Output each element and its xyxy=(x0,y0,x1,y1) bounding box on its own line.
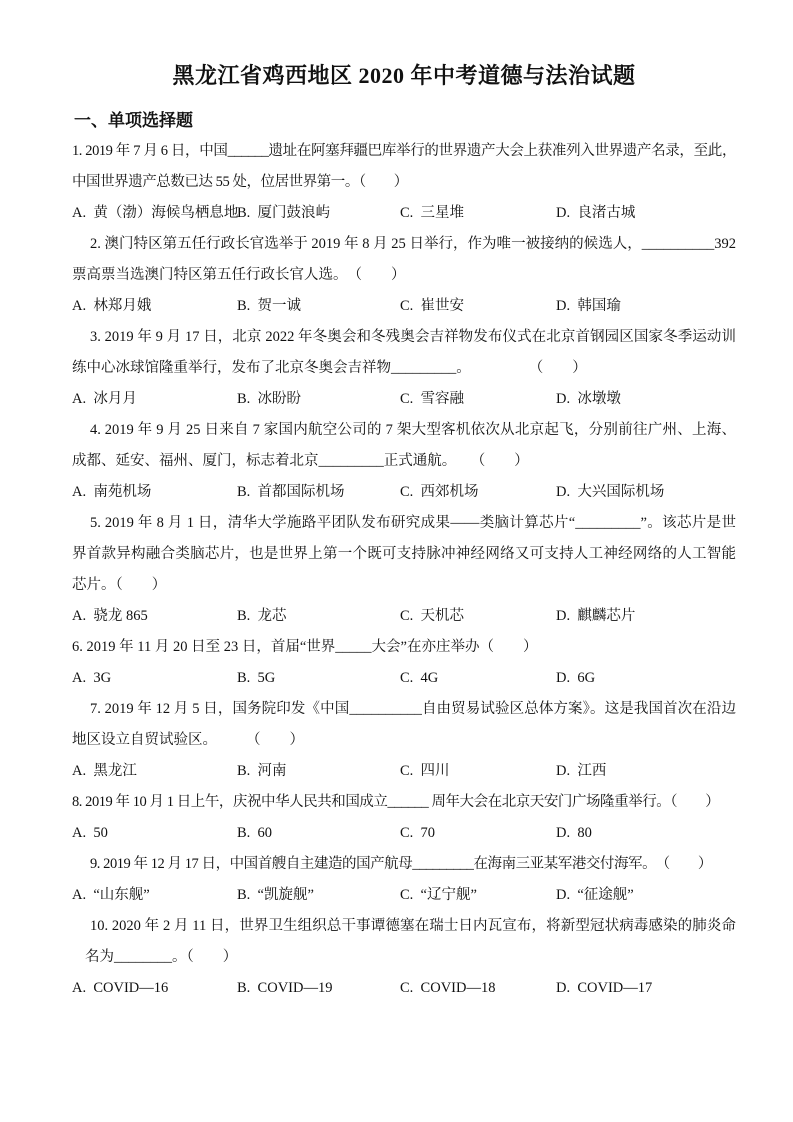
question-7: 7. 2019 年 12 月 5 日，国务院印发《中国__________自由贸… xyxy=(72,694,736,787)
question-4-text: 4. 2019 年 9 月 25 日来自 7 家国内航空公司的 7 架大型客机依… xyxy=(72,415,736,477)
question-9-option-d: D. “征途舰” xyxy=(556,880,736,911)
question-4-option-c: C. 西郊机场 xyxy=(400,477,556,508)
question-5-option-c: C. 天机芯 xyxy=(400,601,556,632)
question-3-text: 3. 2019 年 9 月 17 日，北京 2022 年冬奥会和冬残奥会吉祥物发… xyxy=(72,322,736,384)
question-2-option-c: C. 崔世安 xyxy=(400,291,556,322)
question-7-text: 7. 2019 年 12 月 5 日，国务院印发《中国__________自由贸… xyxy=(72,694,736,756)
question-3-option-a: A. 冰月月 xyxy=(72,384,237,415)
question-8-option-c: C. 70 xyxy=(400,818,556,849)
question-8-option-d: D. 80 xyxy=(556,818,736,849)
question-5-options: A. 骁龙 865 B. 龙芯 C. 天机芯 D. 麒麟芯片 xyxy=(72,601,736,632)
document-page: 黑龙江省鸡西地区 2020 年中考道德与法治试题 一、单项选择题 1. 2019… xyxy=(0,0,793,1122)
question-1-option-a: A. 黄（渤）海候鸟栖息地 xyxy=(72,198,237,229)
section-heading: 一、单项选择题 xyxy=(74,108,736,134)
question-5-option-d: D. 麒麟芯片 xyxy=(556,601,736,632)
question-3-options: A. 冰月月 B. 冰盼盼 C. 雪容融 D. 冰墩墩 xyxy=(72,384,736,415)
document-title: 黑龙江省鸡西地区 2020 年中考道德与法治试题 xyxy=(72,58,736,94)
question-1: 1. 2019 年 7 月 6 日，中国______遗址在阿塞拜疆巴库举行的世界… xyxy=(72,136,736,229)
question-6: 6. 2019 年 11 月 20 日至 23 日，首届“世界_____大会”在… xyxy=(72,632,736,694)
question-5-option-a: A. 骁龙 865 xyxy=(72,601,237,632)
question-7-option-a: A. 黑龙江 xyxy=(72,756,237,787)
question-8-options: A. 50 B. 60 C. 70 D. 80 xyxy=(72,818,736,849)
question-6-option-d: D. 6G xyxy=(556,663,736,694)
question-2-options: A. 林郑月娥 B. 贺一诚 C. 崔世安 D. 韩国瑜 xyxy=(72,291,736,322)
question-9-option-b: B. “凯旋舰” xyxy=(237,880,400,911)
question-6-text: 6. 2019 年 11 月 20 日至 23 日，首届“世界_____大会”在… xyxy=(72,632,736,663)
question-6-option-b: B. 5G xyxy=(237,663,400,694)
question-1-options: A. 黄（渤）海候鸟栖息地 B. 厦门鼓浪屿 C. 三星堆 D. 良渚古城 xyxy=(72,198,736,229)
question-7-options: A. 黑龙江 B. 河南 C. 四川 D. 江西 xyxy=(72,756,736,787)
question-2-text: 2. 澳门特区第五任行政长官选举于 2019 年 8 月 25 日举行，作为唯一… xyxy=(72,229,736,291)
question-9-option-c: C. “辽宁舰” xyxy=(400,880,556,911)
question-6-option-c: C. 4G xyxy=(400,663,556,694)
question-2: 2. 澳门特区第五任行政长官选举于 2019 年 8 月 25 日举行，作为唯一… xyxy=(72,229,736,322)
question-8-option-a: A. 50 xyxy=(72,818,237,849)
question-6-option-a: A. 3G xyxy=(72,663,237,694)
question-7-option-c: C. 四川 xyxy=(400,756,556,787)
question-8: 8. 2019 年 10 月 1 日上午，庆祝中华人民共和国成立______ 周… xyxy=(72,787,736,849)
question-9-options: A. “山东舰” B. “凯旋舰” C. “辽宁舰” D. “征途舰” xyxy=(72,880,736,911)
question-10-text: 10. 2020 年 2 月 11 日，世界卫生组织总干事谭德塞在瑞士日内瓦宣布… xyxy=(85,911,736,973)
question-4-option-a: A. 南苑机场 xyxy=(72,477,237,508)
question-3-option-d: D. 冰墩墩 xyxy=(556,384,736,415)
question-9: 9. 2019 年 12 月 17 日，中国首艘自主建造的国产航母_______… xyxy=(72,849,736,911)
question-3-option-b: B. 冰盼盼 xyxy=(237,384,400,415)
question-4-option-d: D. 大兴国际机场 xyxy=(556,477,736,508)
question-10-option-a: A. COVID—16 xyxy=(72,973,237,1004)
question-10-option-d: D. COVID—17 xyxy=(556,973,736,1004)
question-5-option-b: B. 龙芯 xyxy=(237,601,400,632)
question-1-text: 1. 2019 年 7 月 6 日，中国______遗址在阿塞拜疆巴库举行的世界… xyxy=(72,136,736,198)
question-10: 10. 2020 年 2 月 11 日，世界卫生组织总干事谭德塞在瑞士日内瓦宣布… xyxy=(72,911,736,1004)
question-2-option-d: D. 韩国瑜 xyxy=(556,291,736,322)
question-9-option-a: A. “山东舰” xyxy=(72,880,237,911)
question-1-option-c: C. 三星堆 xyxy=(400,198,556,229)
question-2-option-b: B. 贺一诚 xyxy=(237,291,400,322)
question-3: 3. 2019 年 9 月 17 日，北京 2022 年冬奥会和冬残奥会吉祥物发… xyxy=(72,322,736,415)
question-10-option-c: C. COVID—18 xyxy=(400,973,556,1004)
question-10-option-b: B. COVID—19 xyxy=(237,973,400,1004)
question-1-option-d: D. 良渚古城 xyxy=(556,198,736,229)
question-3-option-c: C. 雪容融 xyxy=(400,384,556,415)
question-7-option-d: D. 江西 xyxy=(556,756,736,787)
question-4: 4. 2019 年 9 月 25 日来自 7 家国内航空公司的 7 架大型客机依… xyxy=(72,415,736,508)
question-5: 5. 2019 年 8 月 1 日，清华大学施路平团队发布研究成果——类脑计算芯… xyxy=(72,508,736,632)
question-7-option-b: B. 河南 xyxy=(237,756,400,787)
question-9-text: 9. 2019 年 12 月 17 日，中国首艘自主建造的国产航母_______… xyxy=(72,849,736,880)
question-5-text: 5. 2019 年 8 月 1 日，清华大学施路平团队发布研究成果——类脑计算芯… xyxy=(72,508,736,601)
question-4-option-b: B. 首都国际机场 xyxy=(237,477,400,508)
question-10-options: A. COVID—16 B. COVID—19 C. COVID—18 D. C… xyxy=(72,973,736,1004)
question-2-option-a: A. 林郑月娥 xyxy=(72,291,237,322)
question-6-options: A. 3G B. 5G C. 4G D. 6G xyxy=(72,663,736,694)
question-1-option-b: B. 厦门鼓浪屿 xyxy=(237,198,400,229)
question-8-text: 8. 2019 年 10 月 1 日上午，庆祝中华人民共和国成立______ 周… xyxy=(72,787,736,818)
question-4-options: A. 南苑机场 B. 首都国际机场 C. 西郊机场 D. 大兴国际机场 xyxy=(72,477,736,508)
question-8-option-b: B. 60 xyxy=(237,818,400,849)
